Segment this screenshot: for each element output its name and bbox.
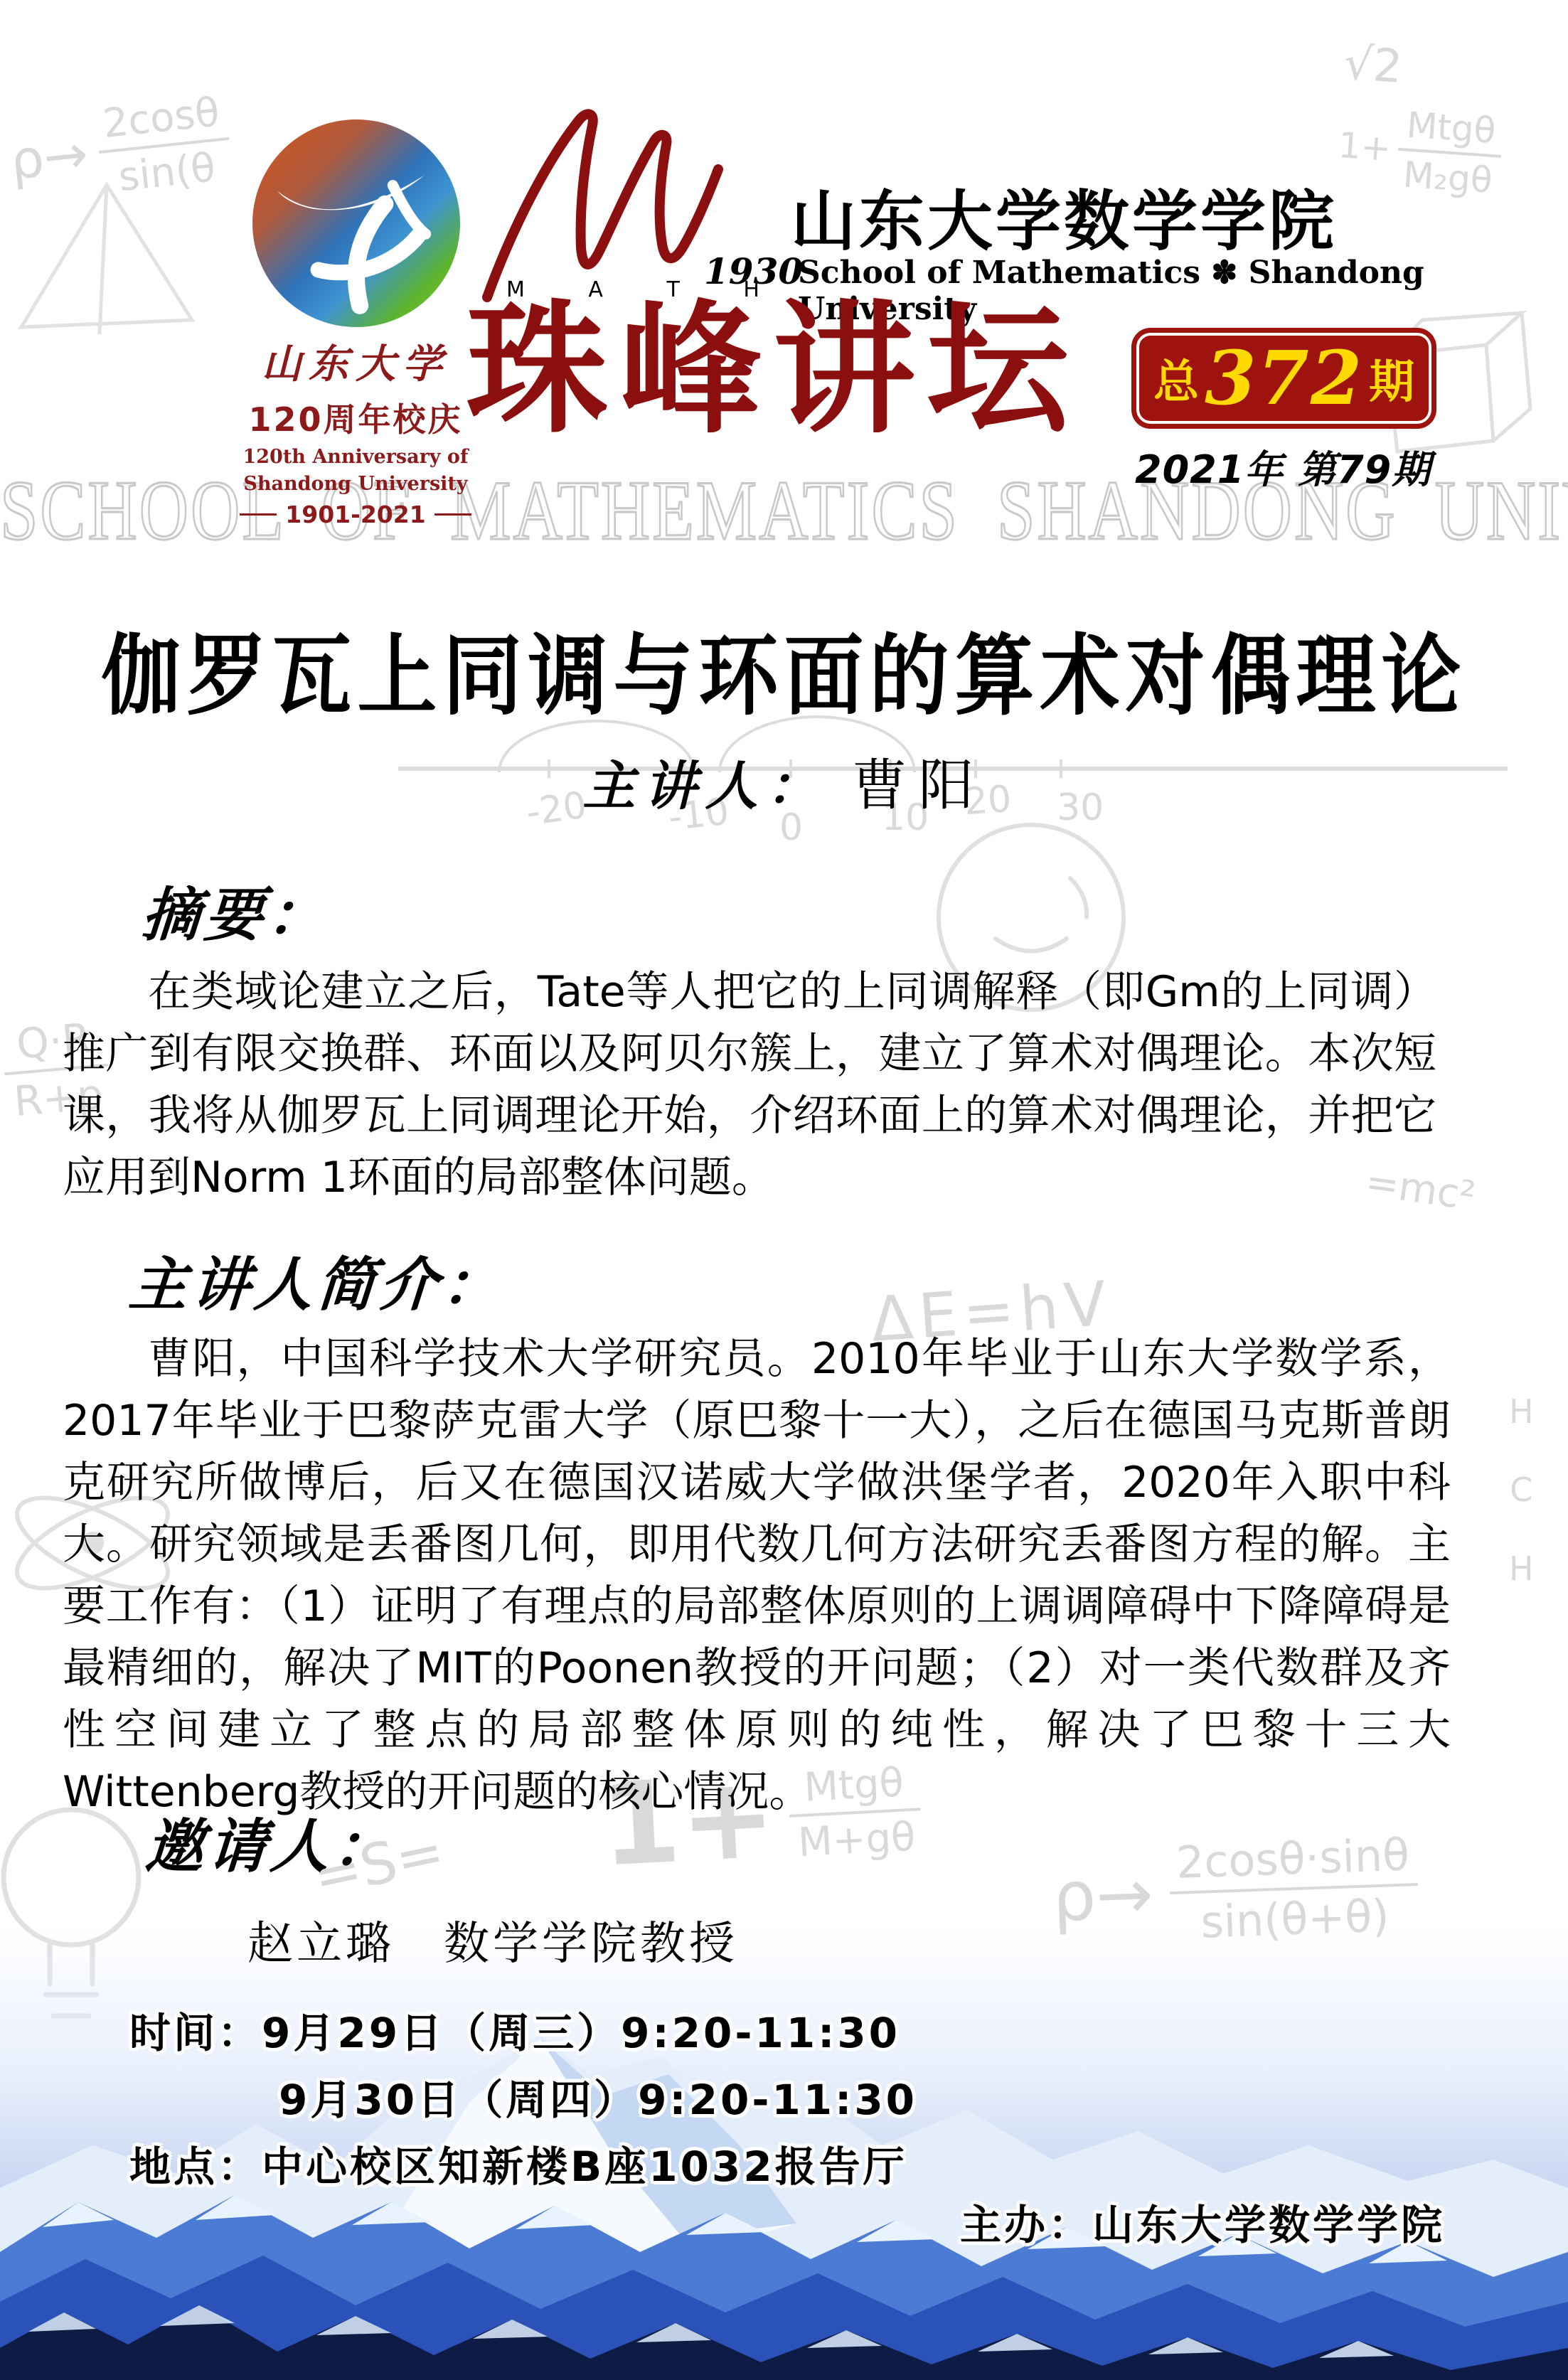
years-right-line: [434, 513, 471, 516]
issue-stamp: 总 372 期: [1139, 336, 1429, 421]
speaker-line: 主讲人： 曹阳: [0, 741, 1568, 821]
abstract-paragraph: 在类域论建立之后，Tate等人把它的上同调解释（即Gm的上同调）推广到有限交换群…: [63, 961, 1436, 1209]
organizer-line: 主办：山东大学数学学院: [960, 2192, 1445, 2251]
forum-title: 珠峰讲坛: [466, 299, 1080, 441]
time-line-2: 9月30日（周四）9:20-11:30: [279, 2066, 917, 2126]
time-line-1: 时间：9月29日（周三）9:20-11:30: [129, 2000, 900, 2059]
bio-paragraph: 曹阳，中国科学技术大学研究员。2010年毕业于山东大学数学系，2017年毕业于巴…: [63, 1328, 1451, 1823]
issue-stamp-prefix: 总: [1153, 346, 1199, 411]
anniversary-line-en1: 120th Anniversary of: [220, 447, 491, 468]
doodle-frac2-bot: M₂gθ: [1394, 151, 1500, 202]
math-doodle-topright: √2 1+ MtgθM₂gθ: [1335, 37, 1509, 201]
oneplus-small-doodle: 1+: [1337, 124, 1392, 169]
doodle-frac2-top: Mtgθ: [1398, 104, 1505, 158]
location-line: 地点：中心校区知新楼B座1032报告厅: [129, 2133, 907, 2193]
speaker-label: 主讲人：: [582, 745, 827, 820]
inviter-heading: 邀请人：: [143, 1800, 399, 1884]
years-left-line: [240, 513, 277, 516]
inviter-name: 赵立璐 数学学院教授: [247, 1907, 738, 1973]
location-value: 中心校区知新楼B座1032报告厅: [262, 2142, 907, 2191]
anniversary-logo-text: 山东大学 120周年校庆 120th Anniversary of Shando…: [220, 333, 491, 528]
organizer-label: 主办：: [960, 2201, 1092, 2249]
anniversary-line-cn: 120周年校庆: [220, 394, 491, 441]
bio-heading: 主讲人简介：: [127, 1239, 508, 1322]
issue-edition: 2021年 第79期: [1135, 439, 1431, 494]
sqrt2-doodle: √2: [1343, 37, 1509, 101]
anniversary-years-text: 1901-2021: [285, 501, 425, 528]
speaker-name: 曹阳: [851, 741, 985, 821]
side-letter: H: [1509, 1530, 1534, 1608]
side-letter: C: [1509, 1451, 1534, 1529]
lecture-title: 伽罗瓦上同调与环面的算术对偶理论: [0, 606, 1568, 732]
side-letters-doodle: H C H: [1509, 1372, 1534, 1608]
issue-stamp-number: 372: [1205, 341, 1363, 415]
abstract-heading: 摘要：: [139, 869, 333, 952]
time-value-1: 9月29日（周三）9:20-11:30: [262, 2009, 900, 2057]
time-value-2: 9月30日（周四）9:20-11:30: [279, 2076, 917, 2124]
triangle-doodle: [14, 178, 199, 341]
school-name-cn: 山东大学数学学院: [791, 169, 1337, 263]
issue-stamp-suffix: 期: [1369, 346, 1414, 411]
organizer-name: 山东大学数学学院: [1092, 2201, 1445, 2249]
anniversary-line-en2: Shandong University: [220, 474, 491, 495]
anniversary-years: 1901-2021: [220, 501, 491, 528]
location-label: 地点：: [129, 2142, 262, 2191]
side-letter: H: [1509, 1372, 1534, 1451]
lecture-poster: ρ→ 2cosθsin(θ √2 1+ MtgθM₂gθ -20 -10 0 1…: [0, 0, 1568, 2380]
time-label: 时间：: [129, 2009, 262, 2057]
anniversary-calligraphy: 山东大学: [220, 333, 491, 390]
anniversary-logo-graphic: [252, 119, 460, 327]
